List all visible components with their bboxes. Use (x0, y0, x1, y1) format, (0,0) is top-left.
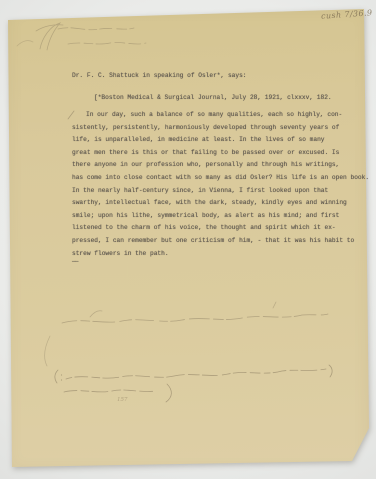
pencil-check-icon (68, 111, 74, 119)
middle-pencil-note (45, 302, 328, 366)
top-left-pencil-note (17, 23, 146, 50)
bottom-pencil-note (55, 365, 332, 402)
pencil-annotations-overlay (0, 0, 376, 479)
scanned-document: Dr. F. C. Shattuck in speaking of Osler*… (0, 0, 376, 479)
